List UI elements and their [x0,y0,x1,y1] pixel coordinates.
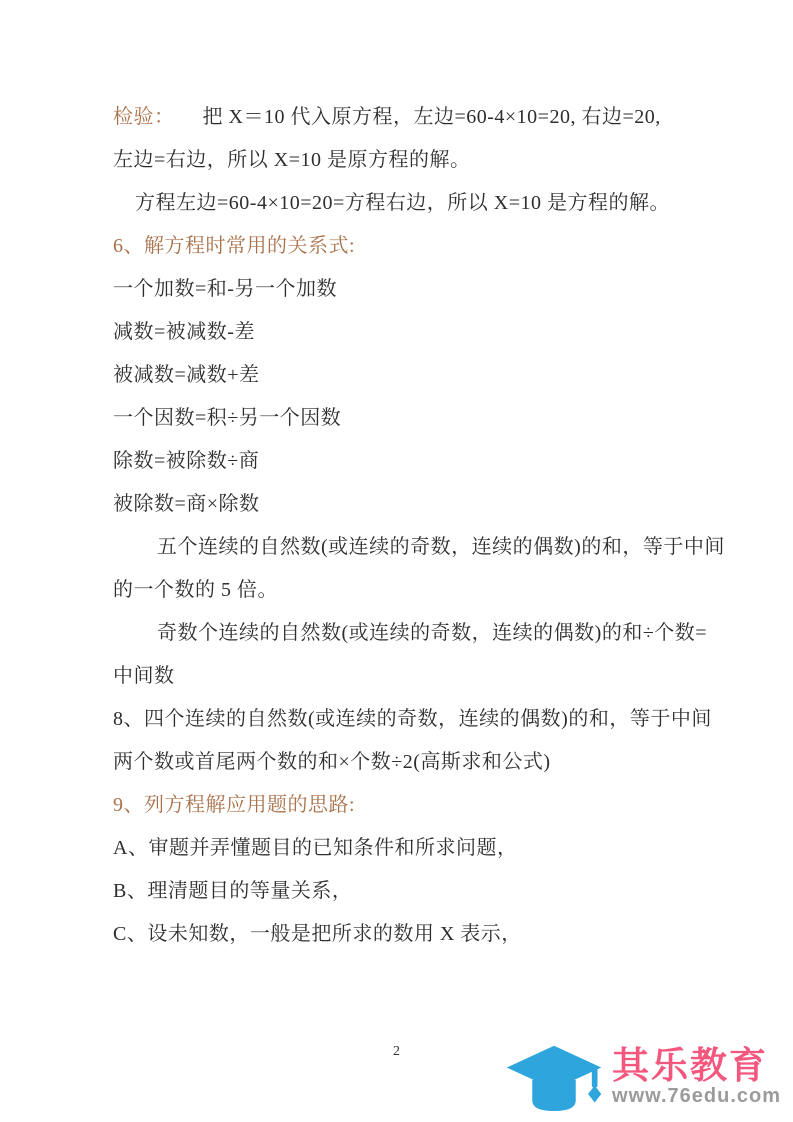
text-run: 中间数 [113,665,175,687]
text-run: 左边=右边，所以 X=10 是原方程的解。 [113,149,471,171]
text-line: 的一个数的 5 倍。 [113,579,683,602]
text-run: 一个加数=和-另一个加数 [113,278,337,300]
text-line: 左边=右边，所以 X=10 是原方程的解。 [113,149,683,172]
text-line: 被除数=商×除数 [113,493,683,516]
logo-text-block: 其乐教育 www.76edu.com [612,1047,781,1107]
text-line: 8、四个连续的自然数(或连续的奇数，连续的偶数)的和，等于中间 [113,708,683,731]
text-run: C、设未知数，一般是把所求的数用 X 表示， [113,923,522,945]
text-line: A、审题并弄懂题目的已知条件和所求问题， [113,837,683,860]
text-line: 除数=被除数÷商 [113,450,683,473]
graduation-cap-icon [502,1036,606,1118]
text-run: 把 X＝10 代入原方程，左边=60-4×10=20, 右边=20, [203,106,661,128]
text-line: B、理清题目的等量关系， [113,880,683,903]
text-run: 奇数个连续的自然数(或连续的奇数，连续的偶数)的和÷个数= [157,622,707,644]
website-url: www.76edu.com [612,1085,781,1107]
text-line: 五个连续的自然数(或连续的奇数，连续的偶数)的和，等于中间 [113,536,683,559]
text-body: 检验：把 X＝10 代入原方程，左边=60-4×10=20, 右边=20,左边=… [113,106,683,966]
text-run: 方程左边=60-4×10=20=方程右边，所以 X=10 是方程的解。 [135,192,670,214]
text-run: A、审题并弄懂题目的已知条件和所求问题， [113,837,517,859]
brand-logo: 其乐教育 www.76edu.com [502,1036,781,1118]
text-run: 除数=被除数÷商 [113,450,259,472]
text-run: 被减数=减数+差 [113,364,260,386]
text-line: 奇数个连续的自然数(或连续的奇数，连续的偶数)的和÷个数= [113,622,683,645]
text-line: 方程左边=60-4×10=20=方程右边，所以 X=10 是方程的解。 [113,192,683,215]
text-run: 两个数或首尾两个数的和×个数÷2(高斯求和公式) [113,751,551,773]
text-line: 检验：把 X＝10 代入原方程，左边=60-4×10=20, 右边=20, [113,106,683,129]
text-line: 中间数 [113,665,683,688]
brand-name: 其乐教育 [612,1047,781,1085]
section-heading: 9、列方程解应用题的思路: [113,794,683,817]
text-run: 9、列方程解应用题的思路: [113,794,355,816]
document-page: 检验：把 X＝10 代入原方程，左边=60-4×10=20, 右边=20,左边=… [0,0,793,1122]
text-run: 减数=被减数-差 [113,321,255,343]
inline-heading-label: 检验： [113,106,175,128]
text-line: 被减数=减数+差 [113,364,683,387]
text-line: 两个数或首尾两个数的和×个数÷2(高斯求和公式) [113,751,683,774]
text-run: 一个因数=积÷另一个因数 [113,407,341,429]
text-line: 减数=被减数-差 [113,321,683,344]
text-line: 一个因数=积÷另一个因数 [113,407,683,430]
text-run: 的一个数的 5 倍。 [113,579,278,601]
text-run: 五个连续的自然数(或连续的奇数，连续的偶数)的和，等于中间 [157,536,725,558]
text-run: 被除数=商×除数 [113,493,260,515]
text-line: 一个加数=和-另一个加数 [113,278,683,301]
text-run: 6、解方程时常用的关系式: [113,235,355,257]
section-heading: 6、解方程时常用的关系式: [113,235,683,258]
text-run: B、理清题目的等量关系， [113,880,352,902]
text-line: C、设未知数，一般是把所求的数用 X 表示， [113,923,683,946]
text-run: 8、四个连续的自然数(或连续的奇数，连续的偶数)的和，等于中间 [113,708,712,730]
